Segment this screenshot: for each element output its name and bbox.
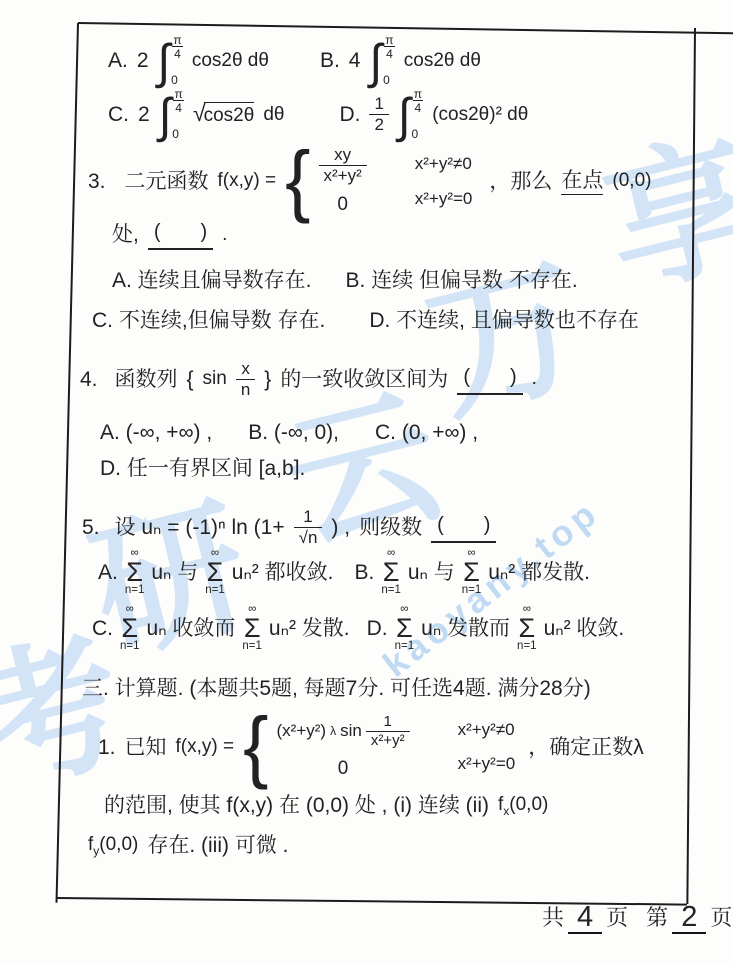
partial-fx: fx(0,0) — [498, 794, 548, 818]
underlined-text: 在点 — [561, 168, 603, 195]
page-unit: 页 — [710, 905, 732, 931]
question-number: 5. — [82, 515, 100, 540]
coefficient: 4 — [349, 48, 361, 73]
total-pages-label: 共 — [542, 905, 564, 931]
question-text: 设 uₙ = (-1)ⁿ ln (1+ — [115, 515, 285, 540]
option-d-label: D. — [367, 616, 388, 641]
page-number-value: 2 — [672, 903, 706, 934]
option-a-label: A. — [98, 560, 118, 585]
case-1-expression: (x²+y²)λ sin 1 x²+y² — [277, 714, 410, 749]
q4-option-d: D. 任一有界区间 [a,b]. — [100, 456, 305, 481]
fraction: 1 x²+y² — [366, 714, 410, 749]
sum-symbol: ∞ Σ n=1 — [205, 548, 225, 597]
option-c: C. (0, +∞) , — [375, 420, 478, 445]
option-c: C. 不连续,但偏导数 存在. — [92, 308, 325, 333]
series-term: uₙ² 都收敛. — [232, 560, 334, 585]
section-3-heading: 三. 计算题. (本题共5题, 每题7分. 可任选4题. 满分28分) — [82, 676, 591, 701]
coefficient-fraction: 1 2 — [369, 95, 388, 134]
integrand: cos2θ dθ — [192, 50, 269, 73]
condition-2: x²+y²=0 — [415, 189, 473, 209]
pages-unit: 页 — [606, 905, 628, 931]
integrand-tail: dθ — [263, 104, 284, 127]
question-text: 则级数 — [359, 515, 422, 540]
q2-options-row-ab: A. 2 ∫ π4 0 cos2θ dθ B. 4 ∫ π4 0 cos2θ d… — [108, 34, 481, 88]
integrand: cos2θ dθ — [404, 50, 481, 73]
q5-options-row-ab: A. ∞ Σ n=1 uₙ 与 ∞ Σ n=1 uₙ² 都收敛. B. ∞ Σ … — [98, 548, 590, 597]
piecewise-function: { xy x²+y² 0 x²+y²≠0 x²+y²=0 — [285, 146, 472, 217]
sum-symbol: ∞ Σ n=1 — [125, 548, 145, 597]
option-b-label: B. — [320, 48, 340, 73]
condition-1: x²+y²≠0 — [415, 154, 473, 174]
series-term: uₙ 与 — [151, 560, 198, 585]
sqrt-expression: √ cos2θ — [193, 102, 254, 128]
question-text: 二元函数 — [125, 169, 209, 194]
option-b: B. (-∞, 0), — [248, 420, 339, 445]
page-footer: 共 4 页 第 2 页 — [542, 903, 732, 934]
question-text: 存在. (iii) 可微 . — [147, 833, 288, 858]
question-4-stem: 4. 函数列 { sin x n } 的一致收敛区间为 ( ) . — [80, 360, 537, 399]
page-number-label: 第 — [646, 905, 668, 931]
condition-2: x²+y²=0 — [458, 754, 516, 774]
question-text: 已知 — [125, 735, 167, 760]
question-number: 4. — [80, 367, 98, 392]
integral-symbol: ∫ π4 0 — [158, 34, 183, 88]
fraction: 1 √n — [294, 508, 323, 547]
option-c-label: C. — [108, 102, 129, 127]
question-3-stem-line2: 处, ( ) . — [112, 220, 227, 250]
integrand: (cos2θ)² dθ — [432, 104, 528, 127]
option-d-label: D. — [339, 102, 360, 127]
sum-symbol: ∞ Σ n=1 — [120, 604, 140, 653]
series-term: uₙ² 都发散. — [488, 560, 590, 585]
partial-fy: fy(0,0) — [88, 834, 138, 858]
question-text: 函数列 — [115, 367, 178, 392]
question-text: 的一致收敛区间为 — [280, 367, 448, 392]
question-text: ) , — [331, 515, 350, 540]
question-5-stem: 5. 设 uₙ = (-1)ⁿ ln (1+ 1 √n ) , 则级数 ( ) — [82, 508, 496, 547]
option-b-label: B. — [354, 560, 374, 585]
fraction: x n — [236, 360, 255, 399]
period: . — [222, 224, 227, 247]
question-text: 的范围, 使其 f(x,y) 在 (0,0) 处 , (i) 连续 (ii) — [104, 793, 489, 818]
piecewise-function: { (x²+y²)λ sin 1 x²+y² 0 x²+y²≠0 x²+y²=0 — [243, 714, 515, 781]
answer-blank: ( ) — [148, 220, 213, 250]
option-b: B. 连续 但偏导数 不存在. — [346, 268, 578, 293]
question-number: 1. — [98, 735, 116, 760]
zero-case: 0 — [337, 194, 348, 217]
question-tail: ，确定正数λ — [528, 735, 644, 760]
zero-case: 0 — [338, 758, 349, 781]
q3-options-row-cd: C. 不连续,但偏导数 存在. D. 不连续, 且偏导数也不存在 — [92, 308, 639, 333]
section3-q1-line3: fy(0,0) 存在. (iii) 可微 . — [88, 833, 289, 858]
sum-symbol: ∞ Σ n=1 — [462, 548, 482, 597]
option-d: D. 不连续, 且偏导数也不存在 — [369, 308, 639, 333]
function-def: f(x,y) = — [176, 736, 235, 759]
section3-question-1: 1. 已知 f(x,y) = { (x²+y²)λ sin 1 x²+y² 0 … — [98, 714, 644, 781]
question-tail: ，那么 — [489, 169, 552, 194]
integral-symbol: ∫ π4 0 — [369, 34, 394, 88]
sum-symbol: ∞ Σ n=1 — [517, 604, 537, 653]
series-term: uₙ² 收敛. — [544, 616, 625, 641]
option-a: A. 连续且偏导数存在. — [112, 268, 312, 293]
scan-border-left — [55, 23, 78, 903]
answer-blank: ( ) — [457, 365, 522, 395]
series-term: uₙ 收敛而 — [147, 616, 236, 641]
section3-q1-line2: 的范围, 使其 f(x,y) 在 (0,0) 处 , (i) 连续 (ii) f… — [104, 793, 548, 818]
coefficient: 2 — [137, 48, 149, 73]
function-def: f(x,y) = — [218, 170, 277, 193]
curly-close: } — [264, 367, 271, 392]
point-coords: (0,0) — [612, 170, 651, 193]
series-term: uₙ² 发散. — [269, 616, 350, 641]
period: . — [532, 368, 537, 391]
question-text: 处, — [112, 222, 139, 247]
option-c-label: C. — [92, 616, 113, 641]
sum-symbol: ∞ Σ n=1 — [242, 604, 262, 653]
option-a: A. (-∞, +∞) , — [100, 420, 212, 445]
sum-symbol: ∞ Σ n=1 — [381, 548, 401, 597]
condition-1: x²+y²≠0 — [458, 720, 516, 740]
question-number: 3. — [88, 169, 106, 194]
q5-options-row-cd: C. ∞ Σ n=1 uₙ 收敛而 ∞ Σ n=1 uₙ² 发散. D. ∞ Σ… — [92, 604, 624, 653]
q2-options-row-cd: C. 2 ∫ π4 0 √ cos2θ dθ D. 1 2 ∫ π4 0 (co… — [108, 88, 528, 142]
q3-options-row-ab: A. 连续且偏导数存在. B. 连续 但偏导数 不存在. — [112, 268, 578, 293]
total-pages-value: 4 — [568, 903, 602, 934]
series-term: uₙ 发散而 — [421, 616, 510, 641]
series-term: uₙ 与 — [408, 560, 455, 585]
fraction: xy x²+y² — [319, 146, 367, 185]
q4-options-row-abc: A. (-∞, +∞) , B. (-∞, 0), C. (0, +∞) , — [100, 420, 478, 445]
coefficient: 2 — [138, 102, 150, 127]
integral-symbol: ∫ π4 0 — [159, 88, 184, 142]
option-a-label: A. — [108, 48, 128, 73]
question-3-stem: 3. 二元函数 f(x,y) = { xy x²+y² 0 x²+y²≠0 x²… — [88, 146, 651, 217]
answer-blank: ( ) — [431, 513, 496, 543]
sin-label: sin — [203, 368, 227, 391]
section-title: 三. 计算题. (本题共5题, 每题7分. 可任选4题. 满分28分) — [82, 676, 591, 701]
curly-open: { — [187, 367, 194, 392]
sum-symbol: ∞ Σ n=1 — [395, 604, 415, 653]
integral-symbol: ∫ π4 0 — [398, 88, 423, 142]
scan-border-right — [686, 28, 696, 904]
option-d: D. 任一有界区间 [a,b]. — [100, 456, 305, 481]
